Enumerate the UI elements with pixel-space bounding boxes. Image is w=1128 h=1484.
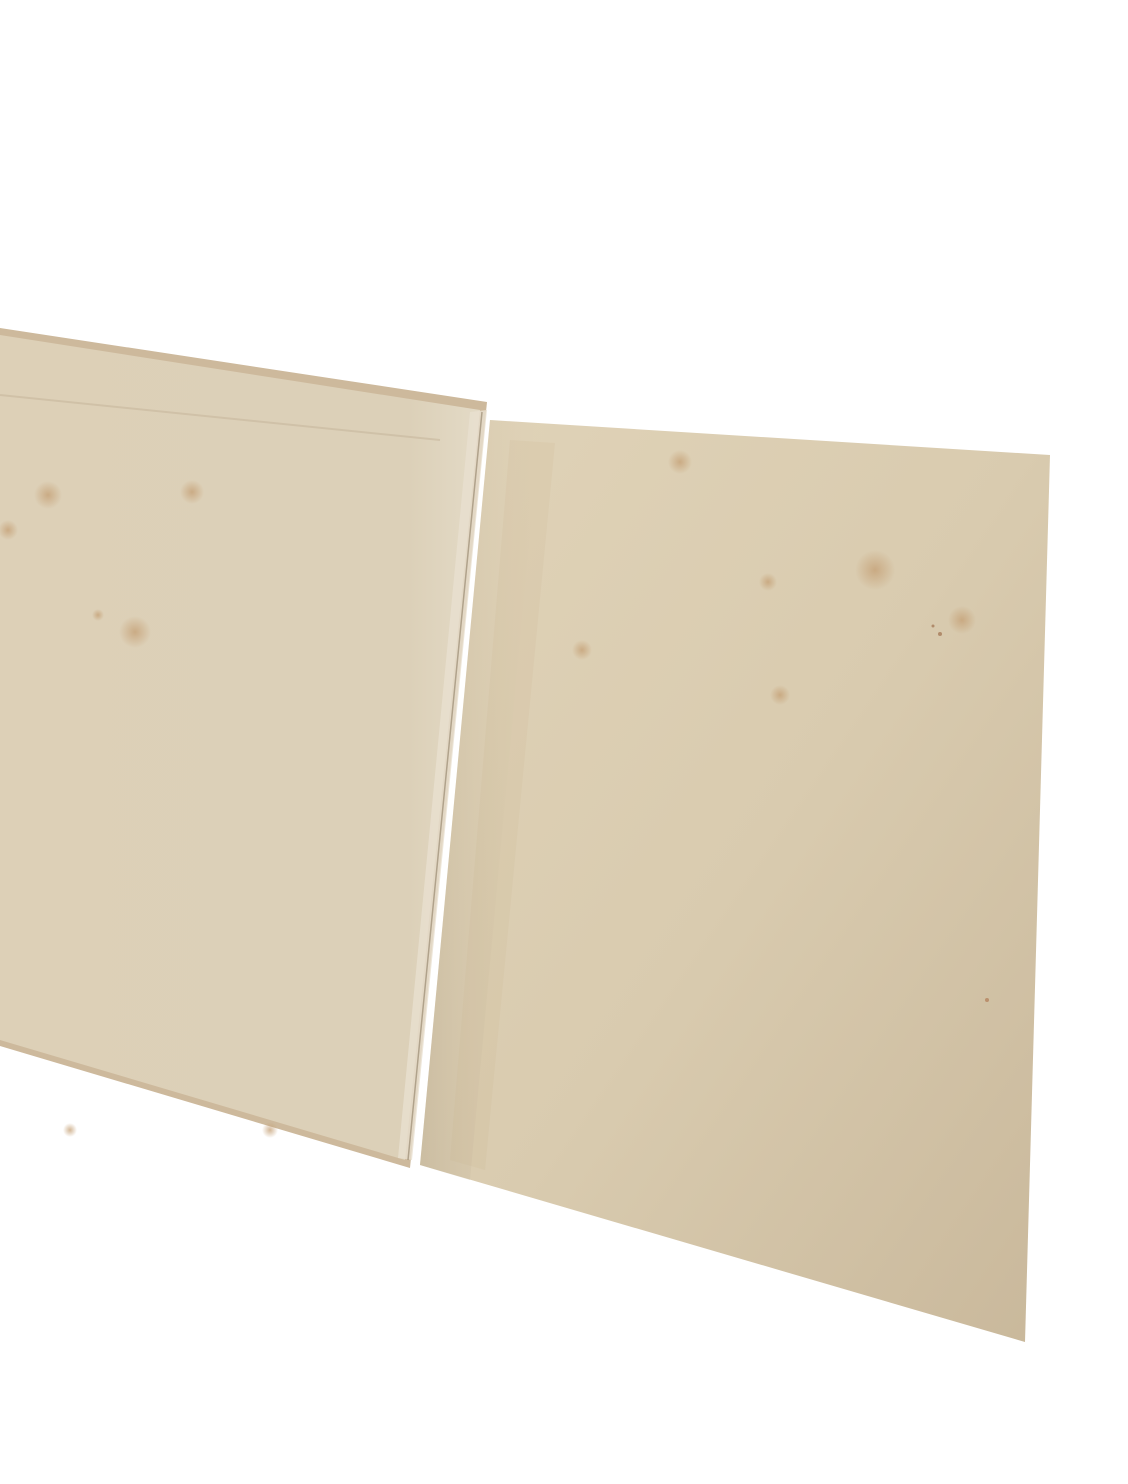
right-page (420, 420, 1050, 1342)
left-page (0, 328, 487, 1168)
book-photo (0, 0, 1128, 1484)
